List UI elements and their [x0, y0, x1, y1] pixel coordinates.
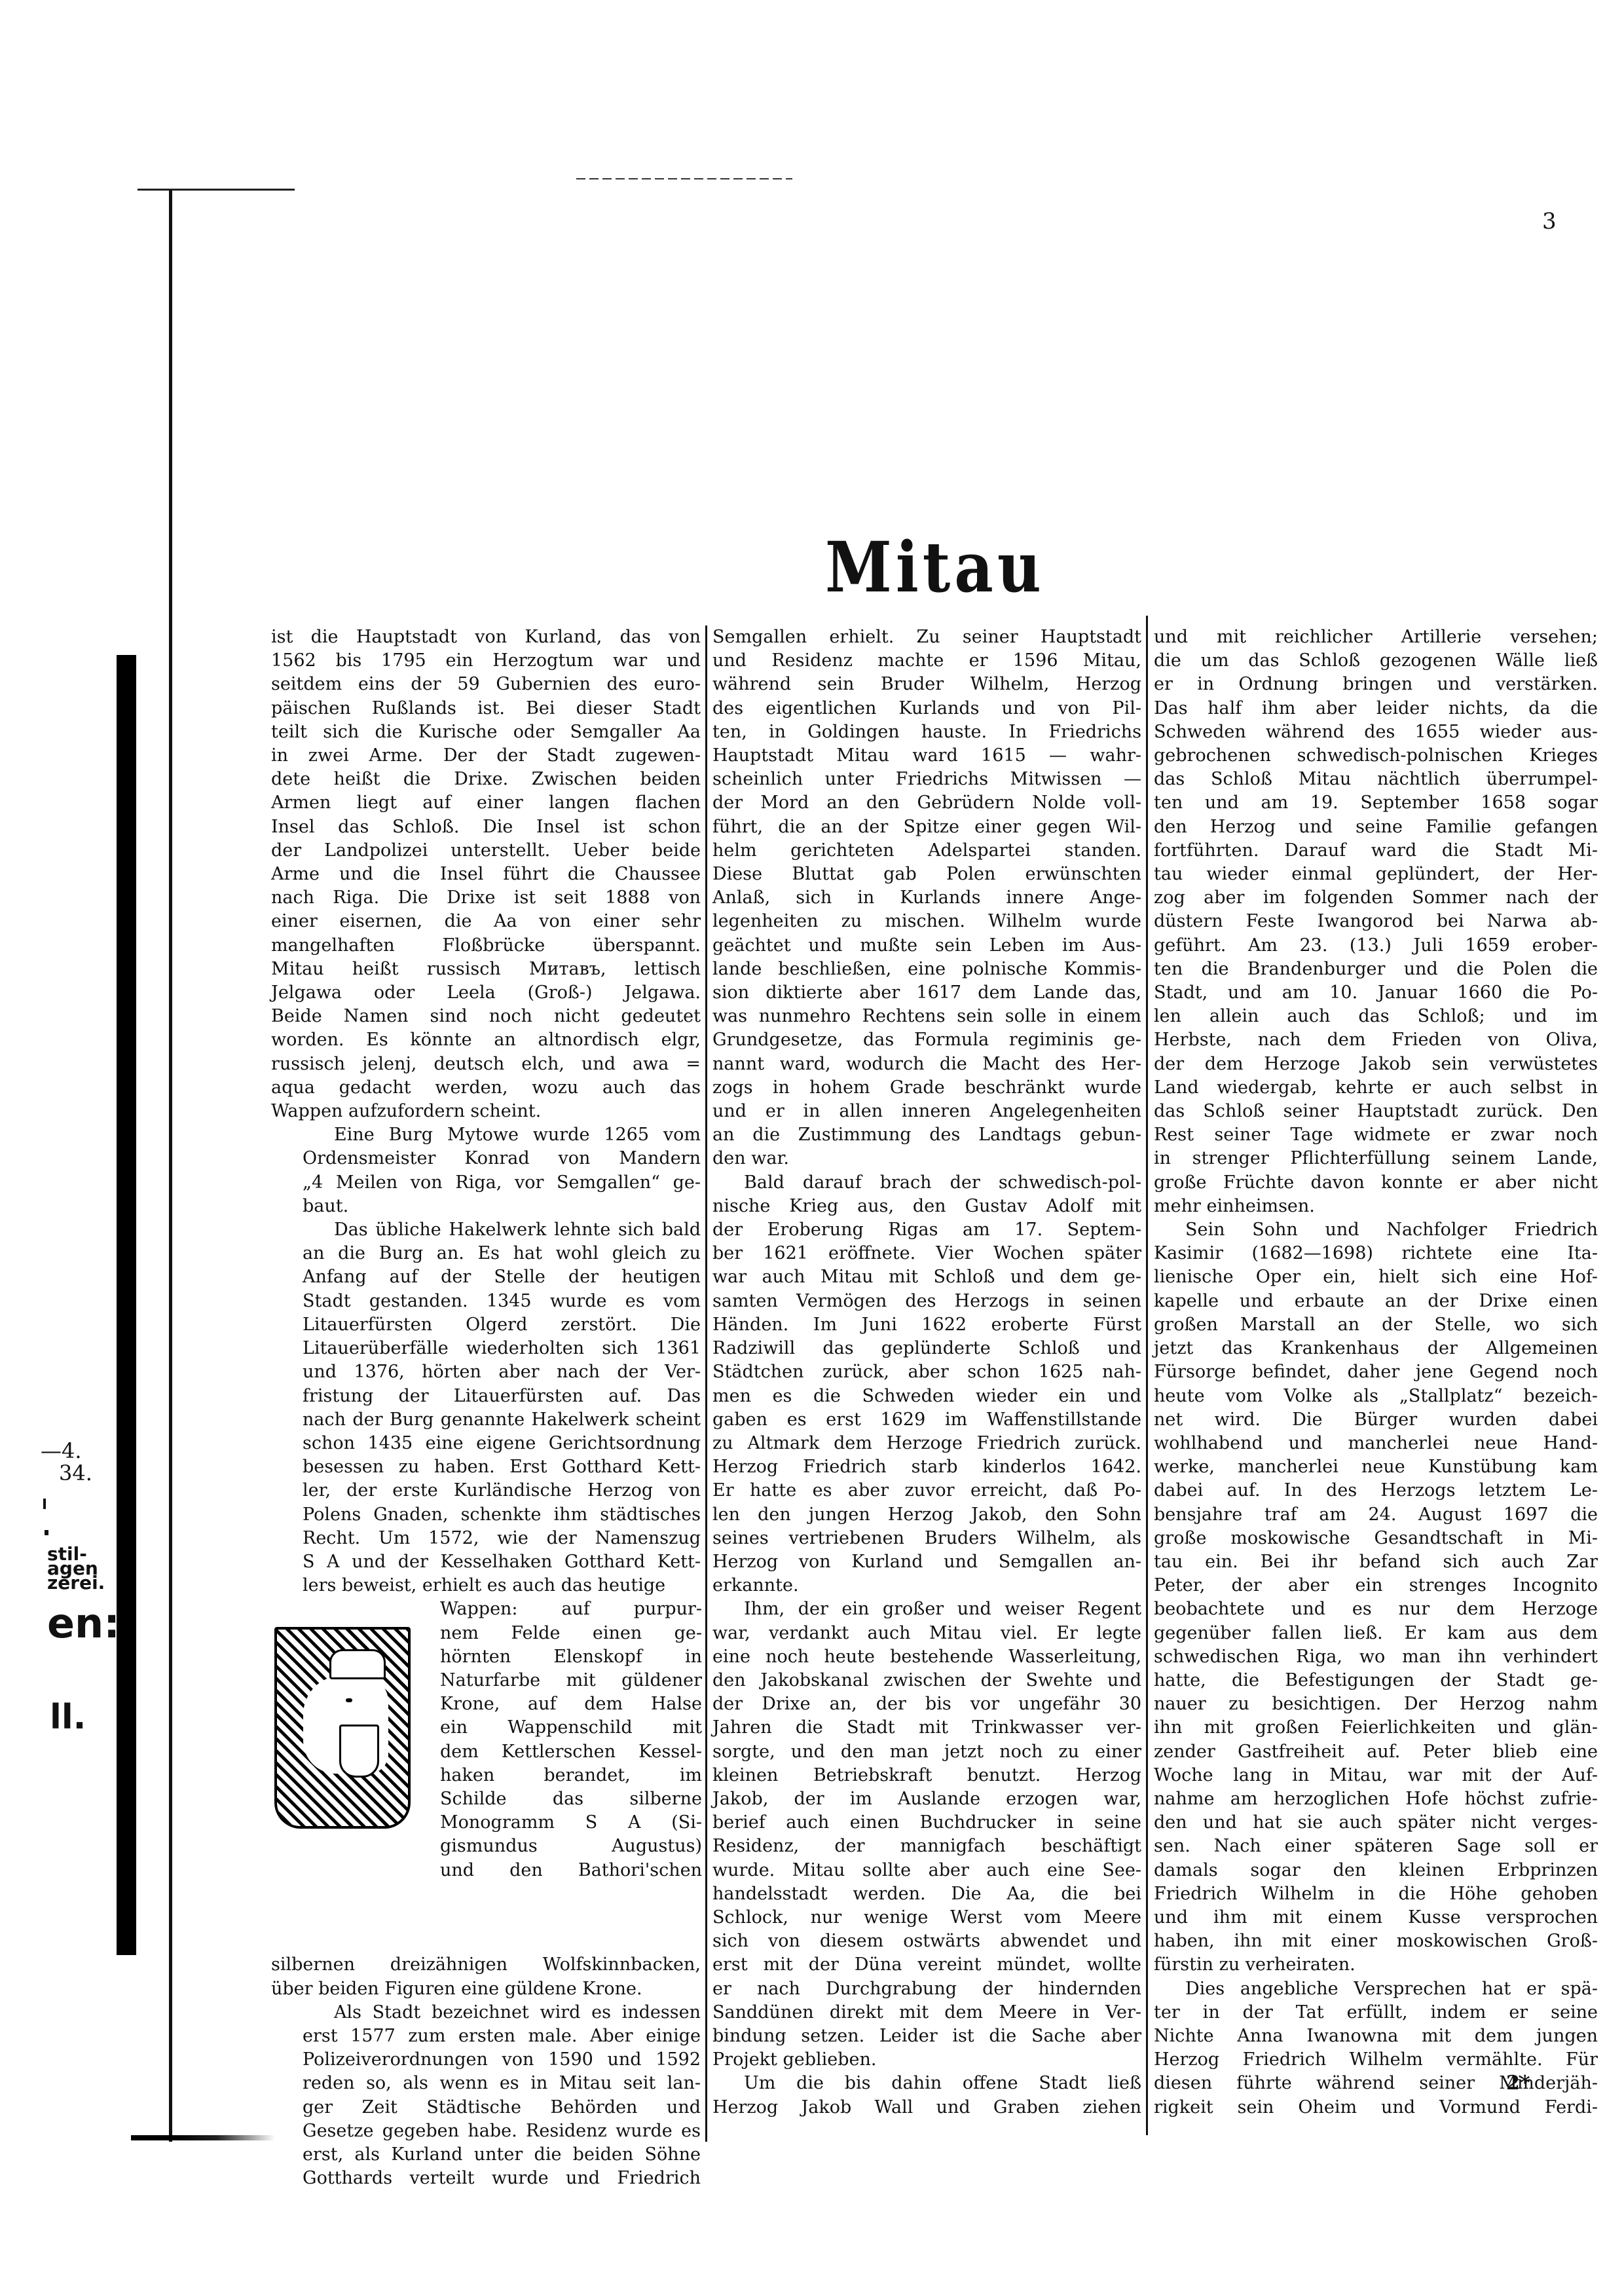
- text-line: der Mord an den Gebrüdern Nolde voll-: [712, 791, 1141, 815]
- text-line: während sein Bruder Wilhelm, Herzog: [712, 673, 1141, 696]
- text-line: fristung der Litauerfürsten auf. Das: [271, 1385, 701, 1408]
- text-line: sion diktierte aber 1617 dem Lande das,: [712, 981, 1141, 1005]
- text-line: dem Kettlerschen Kessel-: [440, 1740, 702, 1764]
- text-line: der Drixe an, der bis vor ungefähr 30: [712, 1692, 1141, 1716]
- text-line: päischen Rußlands ist. Bei dieser Stadt: [271, 697, 701, 720]
- text-line: den und hat sie auch später nicht verges…: [1154, 1811, 1598, 1835]
- text-line: in strenger Pflichterfüllung seinem Land…: [1154, 1147, 1598, 1170]
- text-line: seitdem eins der 59 Gubernien des euro-: [271, 673, 701, 696]
- text-line: lers beweist, erhielt es auch das heutig…: [271, 1574, 701, 1597]
- text-line: heute vom Volke als „Stallplatz“ bezeich…: [1154, 1385, 1598, 1408]
- text-line: zogs in hohem Grade beschränkt wurde: [712, 1076, 1141, 1100]
- text-line: haben, ihn mit einer moskowischen Groß-: [1154, 1930, 1598, 1953]
- text-line: er nach Durchgrabung der hindernden: [712, 1977, 1141, 2001]
- text-line: Er hatte es aber zuvor erreicht, daß Po-: [712, 1479, 1141, 1502]
- page-left-border: [169, 190, 172, 2142]
- text-line: Land wiedergab, kehrte er auch selbst in: [1154, 1076, 1598, 1100]
- text-line: besessen zu haben. Erst Gotthard Kett-: [271, 1455, 701, 1479]
- scan-edge-top-dashes: [576, 178, 792, 179]
- text-line: Friedrich Wilhelm in die Höhe gehoben: [1154, 1882, 1598, 1906]
- text-line: gismundus Augustus): [440, 1835, 702, 1858]
- text-line: Wappen: auf purpur-: [440, 1597, 702, 1621]
- text-line: tau ein. Bei ihr befand sich auch Zar: [1154, 1550, 1598, 1574]
- text-line: Schlock, nur wenige Werst vom Meere: [712, 1906, 1141, 1930]
- text-line: Händen. Im Juni 1622 eroberte Fürst: [712, 1313, 1141, 1337]
- text-line: ten, in Goldingen hauste. In Friedrichs: [712, 720, 1141, 744]
- text-line: Um die bis dahin offene Stadt ließ: [712, 2072, 1141, 2095]
- text-line: wurde. Mitau sollte aber auch eine See-: [712, 1859, 1141, 1882]
- text-line: Armen liegt auf einer langen flachen: [271, 791, 701, 815]
- text-line: russisch jelenj, deutsch elch, und awa =: [271, 1053, 701, 1076]
- text-line: lienische Oper ein, hielt sich eine Hof-: [1154, 1265, 1598, 1289]
- paragraph: Bald darauf brach der schwedisch-pol-nis…: [712, 1171, 1141, 1598]
- text-line: berief auch einen Buchdrucker in seine: [712, 1811, 1141, 1835]
- text-line: Hauptstadt Mitau ward 1615 — wahr-: [712, 744, 1141, 768]
- text-line: er in Ordnung bringen und verstärken.: [1154, 673, 1598, 696]
- text-line: dete heißt die Drixe. Zwischen beiden: [271, 768, 701, 791]
- text-line: Projekt geblieben.: [712, 2048, 1141, 2072]
- text-line: bensjahre traf am 24. August 1697 die: [1154, 1503, 1598, 1527]
- coat-of-arms-section: Wappen: auf purpur-nem Felde einen ge-hö…: [271, 1597, 701, 1953]
- text-line: über beiden Figuren eine güldene Krone.: [271, 1977, 701, 2001]
- text-column-2: Semgallen erhielt. Zu seiner Hauptstadtu…: [712, 625, 1141, 2119]
- text-line: ler, der erste Kurländische Herzog von: [271, 1479, 701, 1502]
- text-line: hatte, die Befestigungen der Stadt ge-: [1154, 1669, 1598, 1692]
- text-line: Herzog Friedrich Wilhelm vermählte. Für: [1154, 2048, 1598, 2072]
- text-column-3: und mit reichlicher Artillerie versehen;…: [1154, 625, 1598, 2119]
- text-line: men es die Schweden wieder ein und: [712, 1385, 1141, 1408]
- text-line: nach Riga. Die Drixe ist seit 1888 von: [271, 886, 701, 910]
- text-line: der Eroberung Rigas am 17. Septem-: [712, 1218, 1141, 1242]
- text-line: das Schloß seiner Hauptstadt zurück. Den: [1154, 1100, 1598, 1123]
- binding-shadow-tail: [131, 2135, 275, 2140]
- margin-fragment: ll.: [50, 1698, 86, 1737]
- text-line: Schweden während des 1655 wieder aus-: [1154, 720, 1598, 744]
- text-line: Eine Burg Mytowe wurde 1265 vom: [271, 1123, 701, 1147]
- text-line: erkannte.: [712, 1574, 1141, 1597]
- text-line: worden. Es könnte an altnordisch elgr,: [271, 1028, 701, 1052]
- text-line: Gotthards verteilt wurde und Friedrich: [271, 2167, 701, 2190]
- text-line: die um das Schloß gezogenen Wälle ließ: [1154, 649, 1598, 673]
- text-line: helm gerichteten Adelspartei standen.: [712, 839, 1141, 863]
- text-line: rigkeit sein Oheim und Vormund Ferdi-: [1154, 2096, 1598, 2119]
- text-line: bindung setzen. Leider ist die Sache abe…: [712, 2024, 1141, 2048]
- text-line: Herzog von Kurland und Semgallen an-: [712, 1550, 1141, 1574]
- text-line: Anlaß, sich in Kurlands innere Ange-: [712, 886, 1141, 910]
- text-line: der Landpolizei unterstellt. Ueber beide: [271, 839, 701, 863]
- text-line: war, verdankt auch Mitau viel. Er legte: [712, 1622, 1141, 1645]
- text-line: samten Vermögen des Herzogs in seinen: [712, 1290, 1141, 1313]
- text-line: geächtet und mußte sein Leben im Aus-: [712, 934, 1141, 958]
- text-line: Wappen aufzufordern scheint.: [271, 1100, 701, 1123]
- text-line: Kasimir (1682—1698) richtete eine Ita-: [1154, 1242, 1598, 1265]
- paragraph: Ihm, der ein großer und weiser Regentwar…: [712, 1597, 1141, 2072]
- margin-fragment: —4.: [41, 1438, 82, 1463]
- text-line: sen. Nach einer späteren Sage soll er: [1154, 1835, 1598, 1858]
- text-line: len den jungen Herzog Jakob, den Sohn: [712, 1503, 1141, 1527]
- text-line: damals sogar den kleinen Erbprinzen: [1154, 1859, 1598, 1882]
- text-column-1: ist die Hauptstadt von Kurland, das von1…: [271, 625, 701, 2190]
- text-line: geführt. Am 23. (13.) Juli 1659 erober-: [1154, 934, 1598, 958]
- paragraph: und mit reichlicher Artillerie versehen;…: [1154, 625, 1598, 1218]
- text-line: ihn mit großen Feierlichkeiten und glän-: [1154, 1716, 1598, 1740]
- text-line: Nichte Anna Iwanowna mit dem jungen: [1154, 2024, 1598, 2048]
- text-line: den war.: [712, 1147, 1141, 1170]
- text-line: fortführten. Darauf ward die Stadt Mi-: [1154, 839, 1598, 863]
- text-line: Fürsorge befindet, daher jene Gegend noc…: [1154, 1360, 1598, 1384]
- column-divider: [705, 625, 707, 2142]
- shield-icon: [339, 1725, 379, 1778]
- text-line: nach der Burg genannte Hakelwerk scheint: [271, 1408, 701, 1432]
- article-title: Mitau: [825, 527, 1045, 608]
- text-line: Arme und die Insel führt die Chaussee: [271, 863, 701, 886]
- intro-paragraph: ist die Hauptstadt von Kurland, das von1…: [271, 625, 701, 1123]
- text-line: handelsstadt werden. Die Aa, die bei: [712, 1882, 1141, 1906]
- paragraph: Als Stadt bezeichnet wird es indesseners…: [271, 2001, 701, 2191]
- text-line: war auch Mitau mit Schloß und dem ge-: [712, 1265, 1141, 1289]
- text-line: große Früchte davon konnte er aber nicht: [1154, 1171, 1598, 1195]
- text-line: Insel das Schloß. Die Insel ist schon: [271, 815, 701, 839]
- text-line: jetzt das Krankenhaus der Allgemeinen: [1154, 1337, 1598, 1360]
- text-line: hörnten Elenskopf in: [440, 1645, 702, 1669]
- text-line: aqua gedacht werden, wozu auch das: [271, 1076, 701, 1100]
- text-line: Krone, auf dem Halse: [440, 1692, 702, 1716]
- text-line: lande beschließen, eine polnische Kommis…: [712, 958, 1141, 981]
- text-line: Jahren die Stadt mit Trinkwasser ver-: [712, 1716, 1141, 1740]
- text-line: haken berandet, im: [440, 1764, 702, 1787]
- text-line: an die Zustimmung des Landtags gebun-: [712, 1123, 1141, 1147]
- text-line: erst, als Kurland unter die beiden Söhne: [271, 2143, 701, 2167]
- text-line: ger Zeit Städtische Behörden und: [271, 2096, 701, 2119]
- margin-fragment: zerei.: [47, 1576, 105, 1590]
- text-line: Herbste, nach dem Frieden von Oliva,: [1154, 1028, 1598, 1052]
- text-line: Bald darauf brach der schwedisch-pol-: [712, 1171, 1141, 1195]
- paragraph: Dies angebliche Versprechen hat er spä-t…: [1154, 1977, 1598, 2119]
- text-line: Radziwill das geplünderte Schloß und: [712, 1337, 1141, 1360]
- text-line: Litauerüberfälle wiederholten sich 1361: [271, 1337, 701, 1360]
- coat-of-arms-description: Wappen: auf purpur-nem Felde einen ge-hö…: [440, 1597, 702, 1882]
- text-line: scheinlich unter Friedrichs Mitwissen —: [712, 768, 1141, 791]
- text-line: zu Altmark dem Herzoge Friedrich zurück.: [712, 1432, 1141, 1455]
- crown-icon: [329, 1649, 386, 1679]
- text-line: große moskowische Gesandtschaft in Mi-: [1154, 1527, 1598, 1550]
- text-line: gegenüber fallen ließ. Er kam aus dem: [1154, 1622, 1598, 1645]
- text-line: das Schloß Mitau nächtlich überrumpel-: [1154, 768, 1598, 791]
- text-line: kleinen Betriebskraft benutzt. Herzog: [712, 1764, 1141, 1787]
- text-line: diesen führte während seiner Minderjäh-: [1154, 2072, 1598, 2095]
- text-line: fürstin zu verheiraten.: [1154, 1953, 1598, 1977]
- column-divider: [1146, 616, 1148, 2135]
- text-line: baut.: [271, 1195, 701, 1218]
- text-line: Herzog Friedrich starb kinderlos 1642.: [712, 1455, 1141, 1479]
- text-line: ten und am 19. September 1658 sogar: [1154, 791, 1598, 815]
- text-line: mehr einheimsen.: [1154, 1195, 1598, 1218]
- text-line: nem Felde einen ge-: [440, 1622, 702, 1645]
- text-line: Diese Bluttat gab Polen erwünschten: [712, 863, 1141, 886]
- text-line: schwedischen Riga, wo man ihn verhindert: [1154, 1645, 1598, 1669]
- text-line: nannt ward, wodurch die Macht des Her-: [712, 1053, 1141, 1076]
- text-line: kapelle und erbaute an der Drixe einen: [1154, 1290, 1598, 1313]
- text-line: teilt sich die Kurische oder Semgaller A…: [271, 720, 701, 744]
- text-line: an die Burg an. Es hat wohl gleich zu: [271, 1242, 701, 1265]
- text-line: Jakob, der im Auslande erzogen war,: [712, 1787, 1141, 1811]
- text-line: Recht. Um 1572, wie der Namenszug: [271, 1527, 701, 1550]
- text-line: Ordensmeister Konrad von Mandern: [271, 1147, 701, 1170]
- text-line: was nunmehro Rechtens sein solle in eine…: [712, 1005, 1141, 1028]
- text-line: schon 1435 eine eigene Gerichtsordnung: [271, 1432, 701, 1455]
- text-line: reden so, als wenn es in Mitau seit lan-: [271, 2072, 701, 2095]
- text-line: dabei auf. In des Herzogs letztem Le-: [1154, 1479, 1598, 1502]
- text-line: Beide Namen sind noch nicht gedeutet: [271, 1005, 701, 1028]
- text-line: legenheiten zu mischen. Wilhelm wurde: [712, 910, 1141, 933]
- text-line: erst 1577 zum ersten male. Aber einige: [271, 2024, 701, 2048]
- text-line: Anfang auf der Stelle der heutigen: [271, 1265, 701, 1289]
- text-line: nische Krieg aus, den Gustav Adolf mit: [712, 1195, 1141, 1218]
- text-line: Ihm, der ein großer und weiser Regent: [712, 1597, 1141, 1621]
- text-line: einer eisernen, die Aa von einer sehr: [271, 910, 701, 933]
- text-line: und Residenz machte er 1596 Mitau,: [712, 649, 1141, 673]
- text-line: werke, mancherlei neue Kunstübung kam: [1154, 1455, 1598, 1479]
- text-line: ist die Hauptstadt von Kurland, das von: [271, 625, 701, 649]
- text-line: nahme am herzoglichen Hofe höchst zufrie…: [1154, 1787, 1598, 1811]
- text-line: Jelgawa oder Leela (Groß-) Jelgawa.: [271, 981, 701, 1005]
- text-line: gaben es erst 1629 im Waffenstillstande: [712, 1408, 1141, 1432]
- text-line: wohlhabend und mancherlei neue Hand-: [1154, 1432, 1598, 1455]
- text-line: düstern Feste Iwangorod bei Narwa ab-: [1154, 910, 1598, 933]
- text-line: Gesetze gegeben habe. Residenz wurde es: [271, 2119, 701, 2143]
- coat-of-arms-image: [274, 1627, 411, 1829]
- paragraph: Eine Burg Mytowe wurde 1265 vomOrdensmei…: [271, 1123, 701, 1218]
- text-line: den Jakobskanal zwischen der Swehte und: [712, 1669, 1141, 1692]
- text-line: zender Gastfreiheit auf. Peter blieb ein…: [1154, 1740, 1598, 1764]
- text-line: Residenz, der mannigfach beschäftigt: [712, 1835, 1141, 1858]
- text-line: Polens Gnaden, schenkte ihm städtisches: [271, 1503, 701, 1527]
- text-line: Städtchen zurück, aber schon 1625 nah-: [712, 1360, 1141, 1384]
- text-line: zog aber im folgenden Sommer nach der: [1154, 886, 1598, 910]
- text-line: Grundgesetze, das Formula regiminis ge-: [712, 1028, 1141, 1052]
- text-line: tau wieder einmal geplündert, der Her-: [1154, 863, 1598, 886]
- text-line: Woche lang in Mitau, war mit der Auf-: [1154, 1764, 1598, 1787]
- text-line: und er in allen inneren Angelegenheiten: [712, 1100, 1141, 1123]
- text-line: des eigentlichen Kurlands und von Pil-: [712, 697, 1141, 720]
- text-line: ein Wappenschild mit: [440, 1716, 702, 1740]
- margin-fragment-block: stil- agen zerei.: [47, 1547, 105, 1590]
- text-line: Als Stadt bezeichnet wird es indessen: [271, 2001, 701, 2024]
- text-line: gebrochenen schwedisch-polnischen Kriege…: [1154, 744, 1598, 768]
- text-line: Das half ihm aber leider nichts, da die: [1154, 697, 1598, 720]
- margin-mark: [45, 1530, 48, 1535]
- elk-eye: [346, 1698, 352, 1702]
- text-line: und 1376, hörten aber nach der Ver-: [271, 1360, 701, 1384]
- margin-fragment: 34.: [59, 1461, 92, 1485]
- text-line: nauer zu besichtigen. Der Herzog nahm: [1154, 1692, 1598, 1716]
- text-line: Das übliche Hakelwerk lehnte sich bald: [271, 1218, 701, 1242]
- text-line: Sanddünen direkt mit dem Meere in Ver-: [712, 2001, 1141, 2024]
- text-line: Sein Sohn und Nachfolger Friedrich: [1154, 1218, 1598, 1242]
- text-line: 1562 bis 1795 ein Herzogtum war und: [271, 649, 701, 673]
- text-line: mangelhaften Floßbrücke überspannt.: [271, 934, 701, 958]
- signature-mark: 2*: [1506, 2072, 1530, 2095]
- paragraph: Das übliche Hakelwerk lehnte sich baldan…: [271, 1218, 701, 1597]
- text-line: erst mit der Düna vereint mündet, wollte: [712, 1953, 1141, 1977]
- margin-fragment: en:: [47, 1599, 120, 1647]
- text-line: und ihm mit einem Kusse versprochen: [1154, 1906, 1598, 1930]
- text-line: Polizeiverordnungen von 1590 und 1592: [271, 2048, 701, 2072]
- text-line: Stadt, und am 10. Januar 1660 die Po-: [1154, 981, 1598, 1005]
- text-line: Rest seiner Tage widmete er zwar noch: [1154, 1123, 1598, 1147]
- text-line: silbernen dreizähnigen Wolfskinnbacken,: [271, 1953, 701, 1977]
- paragraph: Semgallen erhielt. Zu seiner Hauptstadtu…: [712, 625, 1141, 1171]
- text-line: Peter, der aber ein strenges Incognito: [1154, 1574, 1598, 1597]
- text-line: Monogramm S A (Si-: [440, 1811, 702, 1835]
- paragraph: Sein Sohn und Nachfolger FriedrichKasimi…: [1154, 1218, 1598, 1977]
- paragraph-continuation: silbernen dreizähnigen Wolfskinnbacken,ü…: [271, 1953, 701, 2000]
- binding-shadow-bar: [117, 655, 136, 1955]
- text-line: Litauerfürsten Olgerd zerstört. Die: [271, 1313, 701, 1337]
- paragraph: Um die bis dahin offene Stadt ließHerzog…: [712, 2072, 1141, 2119]
- text-line: Dies angebliche Versprechen hat er spä-: [1154, 1977, 1598, 2001]
- text-line: in zwei Arme. Der der Stadt zugewen-: [271, 744, 701, 768]
- text-line: ber 1621 eröffnete. Vier Wochen später: [712, 1242, 1141, 1265]
- text-line: net wird. Die Bürger wurden dabei: [1154, 1408, 1598, 1432]
- text-line: Naturfarbe mit güldener: [440, 1669, 702, 1692]
- text-line: S A und der Kesselhaken Gotthard Kett-: [271, 1550, 701, 1574]
- text-line: ten die Brandenburger und die Polen die: [1154, 958, 1598, 981]
- text-line: der dem Herzoge Jakob sein verwüstetes: [1154, 1053, 1598, 1076]
- text-line: beobachtete und es nur dem Herzoge: [1154, 1597, 1598, 1621]
- text-line: eine noch heute bestehende Wasserleitung…: [712, 1645, 1141, 1669]
- text-line: Herzog Jakob Wall und Graben ziehen: [712, 2096, 1141, 2119]
- text-line: sich von diesem ostwärts abwendet und: [712, 1930, 1141, 1953]
- text-line: Stadt gestanden. 1345 wurde es vom: [271, 1290, 701, 1313]
- text-line: den Herzog und seine Familie gefangen: [1154, 815, 1598, 839]
- text-line: und den Bathori'schen: [440, 1859, 702, 1882]
- text-line: und mit reichlicher Artillerie versehen;: [1154, 625, 1598, 649]
- text-line: ter in der Tat erfüllt, indem er seine: [1154, 2001, 1598, 2024]
- scan-edge-top: [138, 189, 295, 191]
- margin-mark: [43, 1499, 46, 1509]
- text-line: Semgallen erhielt. Zu seiner Hauptstadt: [712, 625, 1141, 649]
- page-number: 3: [1542, 208, 1557, 234]
- text-line: sorgte, und den man jetzt noch zu einer: [712, 1740, 1141, 1764]
- text-line: führt, die an der Spitze einer gegen Wil…: [712, 815, 1141, 839]
- text-line: len allein auch das Schloß; und im: [1154, 1005, 1598, 1028]
- text-line: großen Marstall an der Stelle, wo sich: [1154, 1313, 1598, 1337]
- text-line: seines vertriebenen Bruders Wilhelm, als: [712, 1527, 1141, 1550]
- text-line: Mitau heißt russisch Митавъ, lettisch: [271, 958, 701, 981]
- text-line: Schilde das silberne: [440, 1787, 702, 1811]
- text-line: „4 Meilen von Riga, vor Semgallen“ ge-: [271, 1171, 701, 1195]
